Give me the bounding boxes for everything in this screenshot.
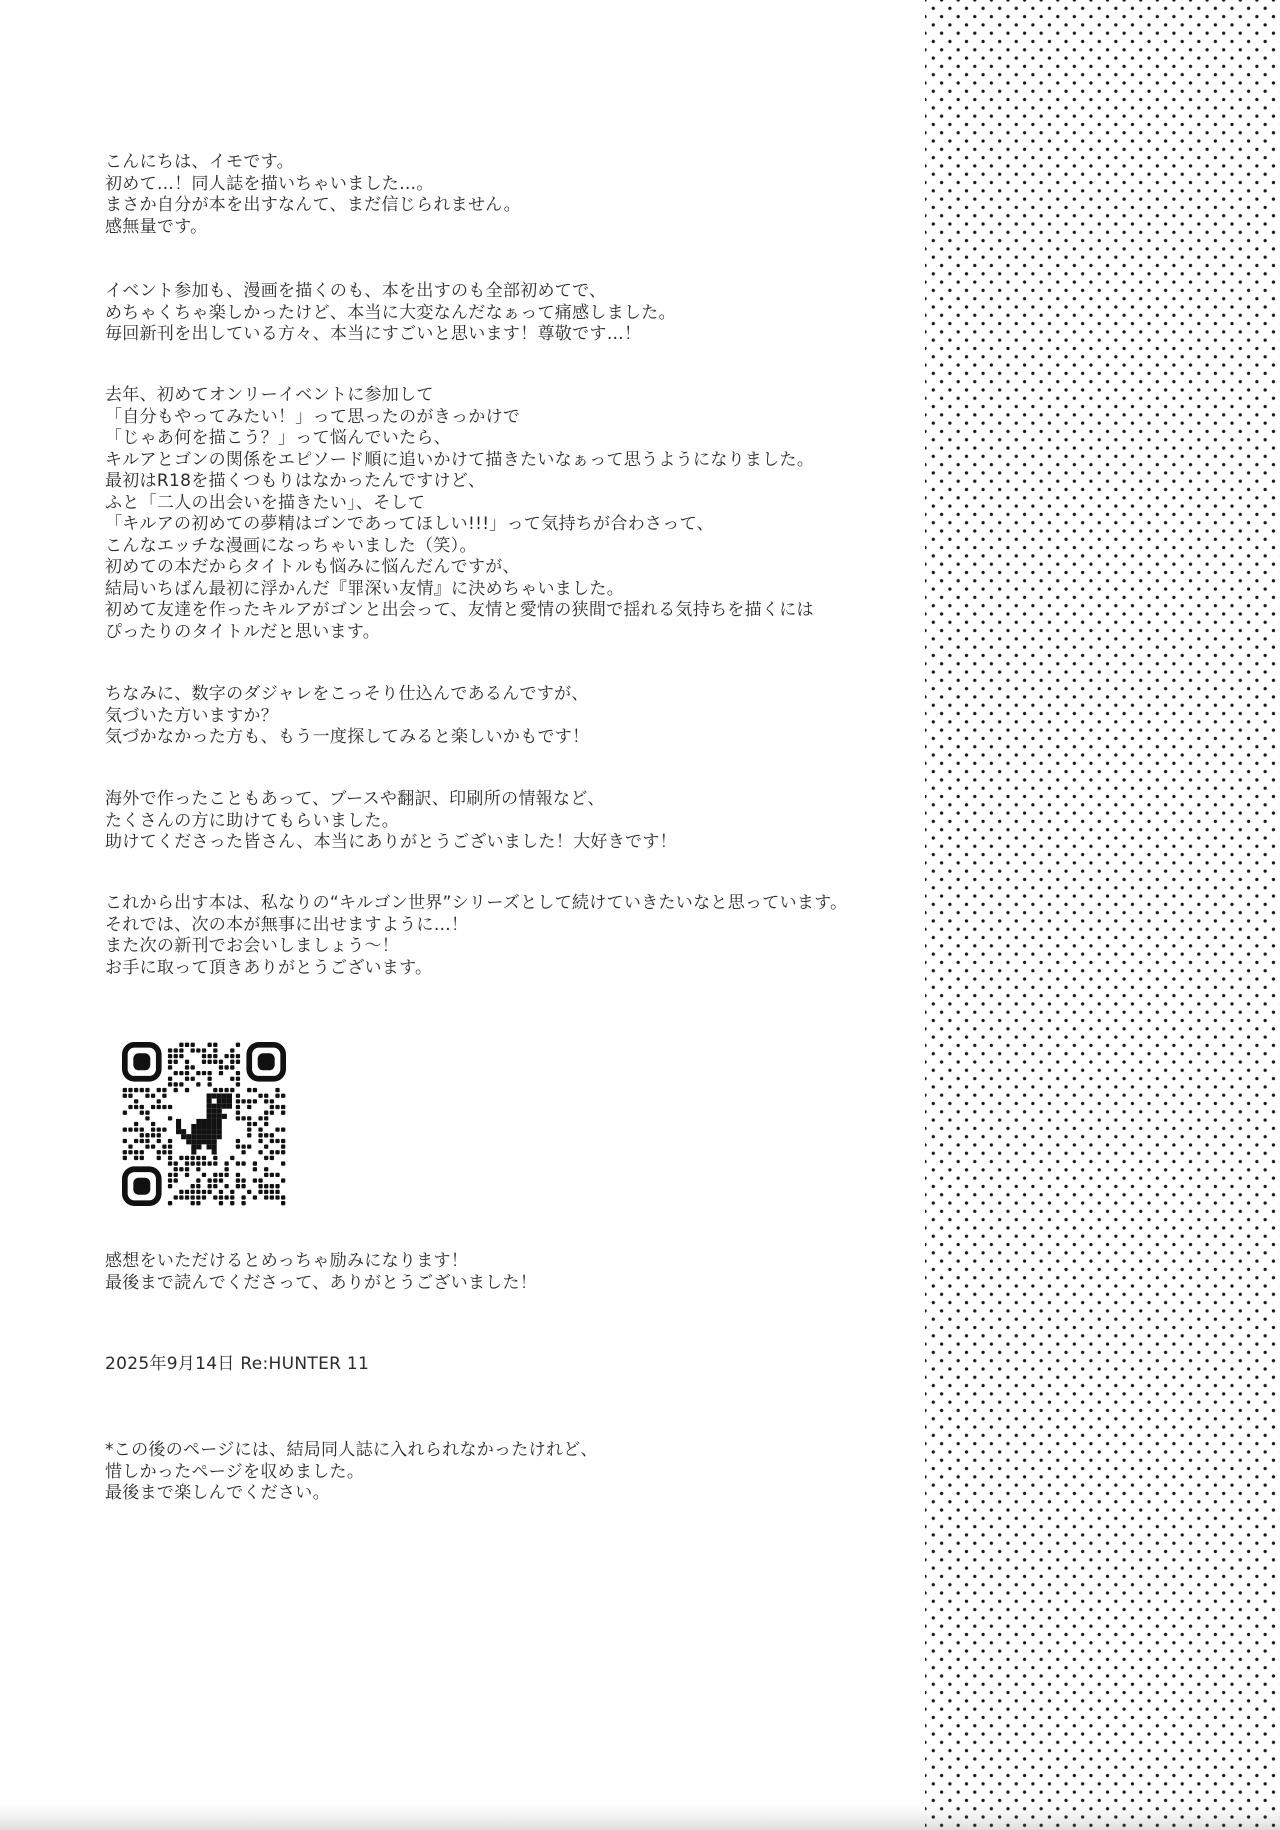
dino-icon [176,1093,232,1154]
halftone-dot-pattern [925,0,1280,1830]
scanned-afterword-page: こんにちは、イモです。 初めて…！同人誌を描いちゃいました…。 まさか自分が本を… [0,0,1280,1830]
afterword-greeting: こんにちは、イモです。 初めて…！同人誌を描いちゃいました…。 まさか自分が本を… [105,152,521,238]
afterword-future-plans: これから出す本は、私なりの“キルゴン世界”シリーズとして続けていきたいなと思って… [105,893,847,979]
qr-code [122,1042,286,1206]
afterword-first-event: イベント参加も、漫画を描くのも、本を出すのも全部初めてで、 めちゃくちゃ楽しかっ… [105,281,676,346]
afterword-easter-egg: ちなみに、数字のダジャレをこっそり仕込んであるんですが、 気づいた方いますか？ … [105,684,589,749]
afterword-origin-story: 去年、初めてオンリーイベントに参加して 「自分もやってみたい！」って思ったのがき… [105,385,814,643]
scan-edge-shadow [0,1804,1280,1830]
afterword-feedback-request: 感想をいただけるとめっちゃ励みになります！ 最後まで読んでくださって、ありがとう… [105,1251,537,1294]
bonus-pages-note: *この後のページには、結局同人誌に入れられなかったけれど、 惜しかったページを収… [105,1440,598,1505]
qr-code-graphic [122,1042,286,1206]
afterword-thanks: 海外で作ったこともあって、ブースや翻訳、印刷所の情報など、 たくさんの方に助けて… [105,789,677,854]
publication-date-line: 2025年9月14日 Re:HUNTER 11 [105,1354,369,1376]
